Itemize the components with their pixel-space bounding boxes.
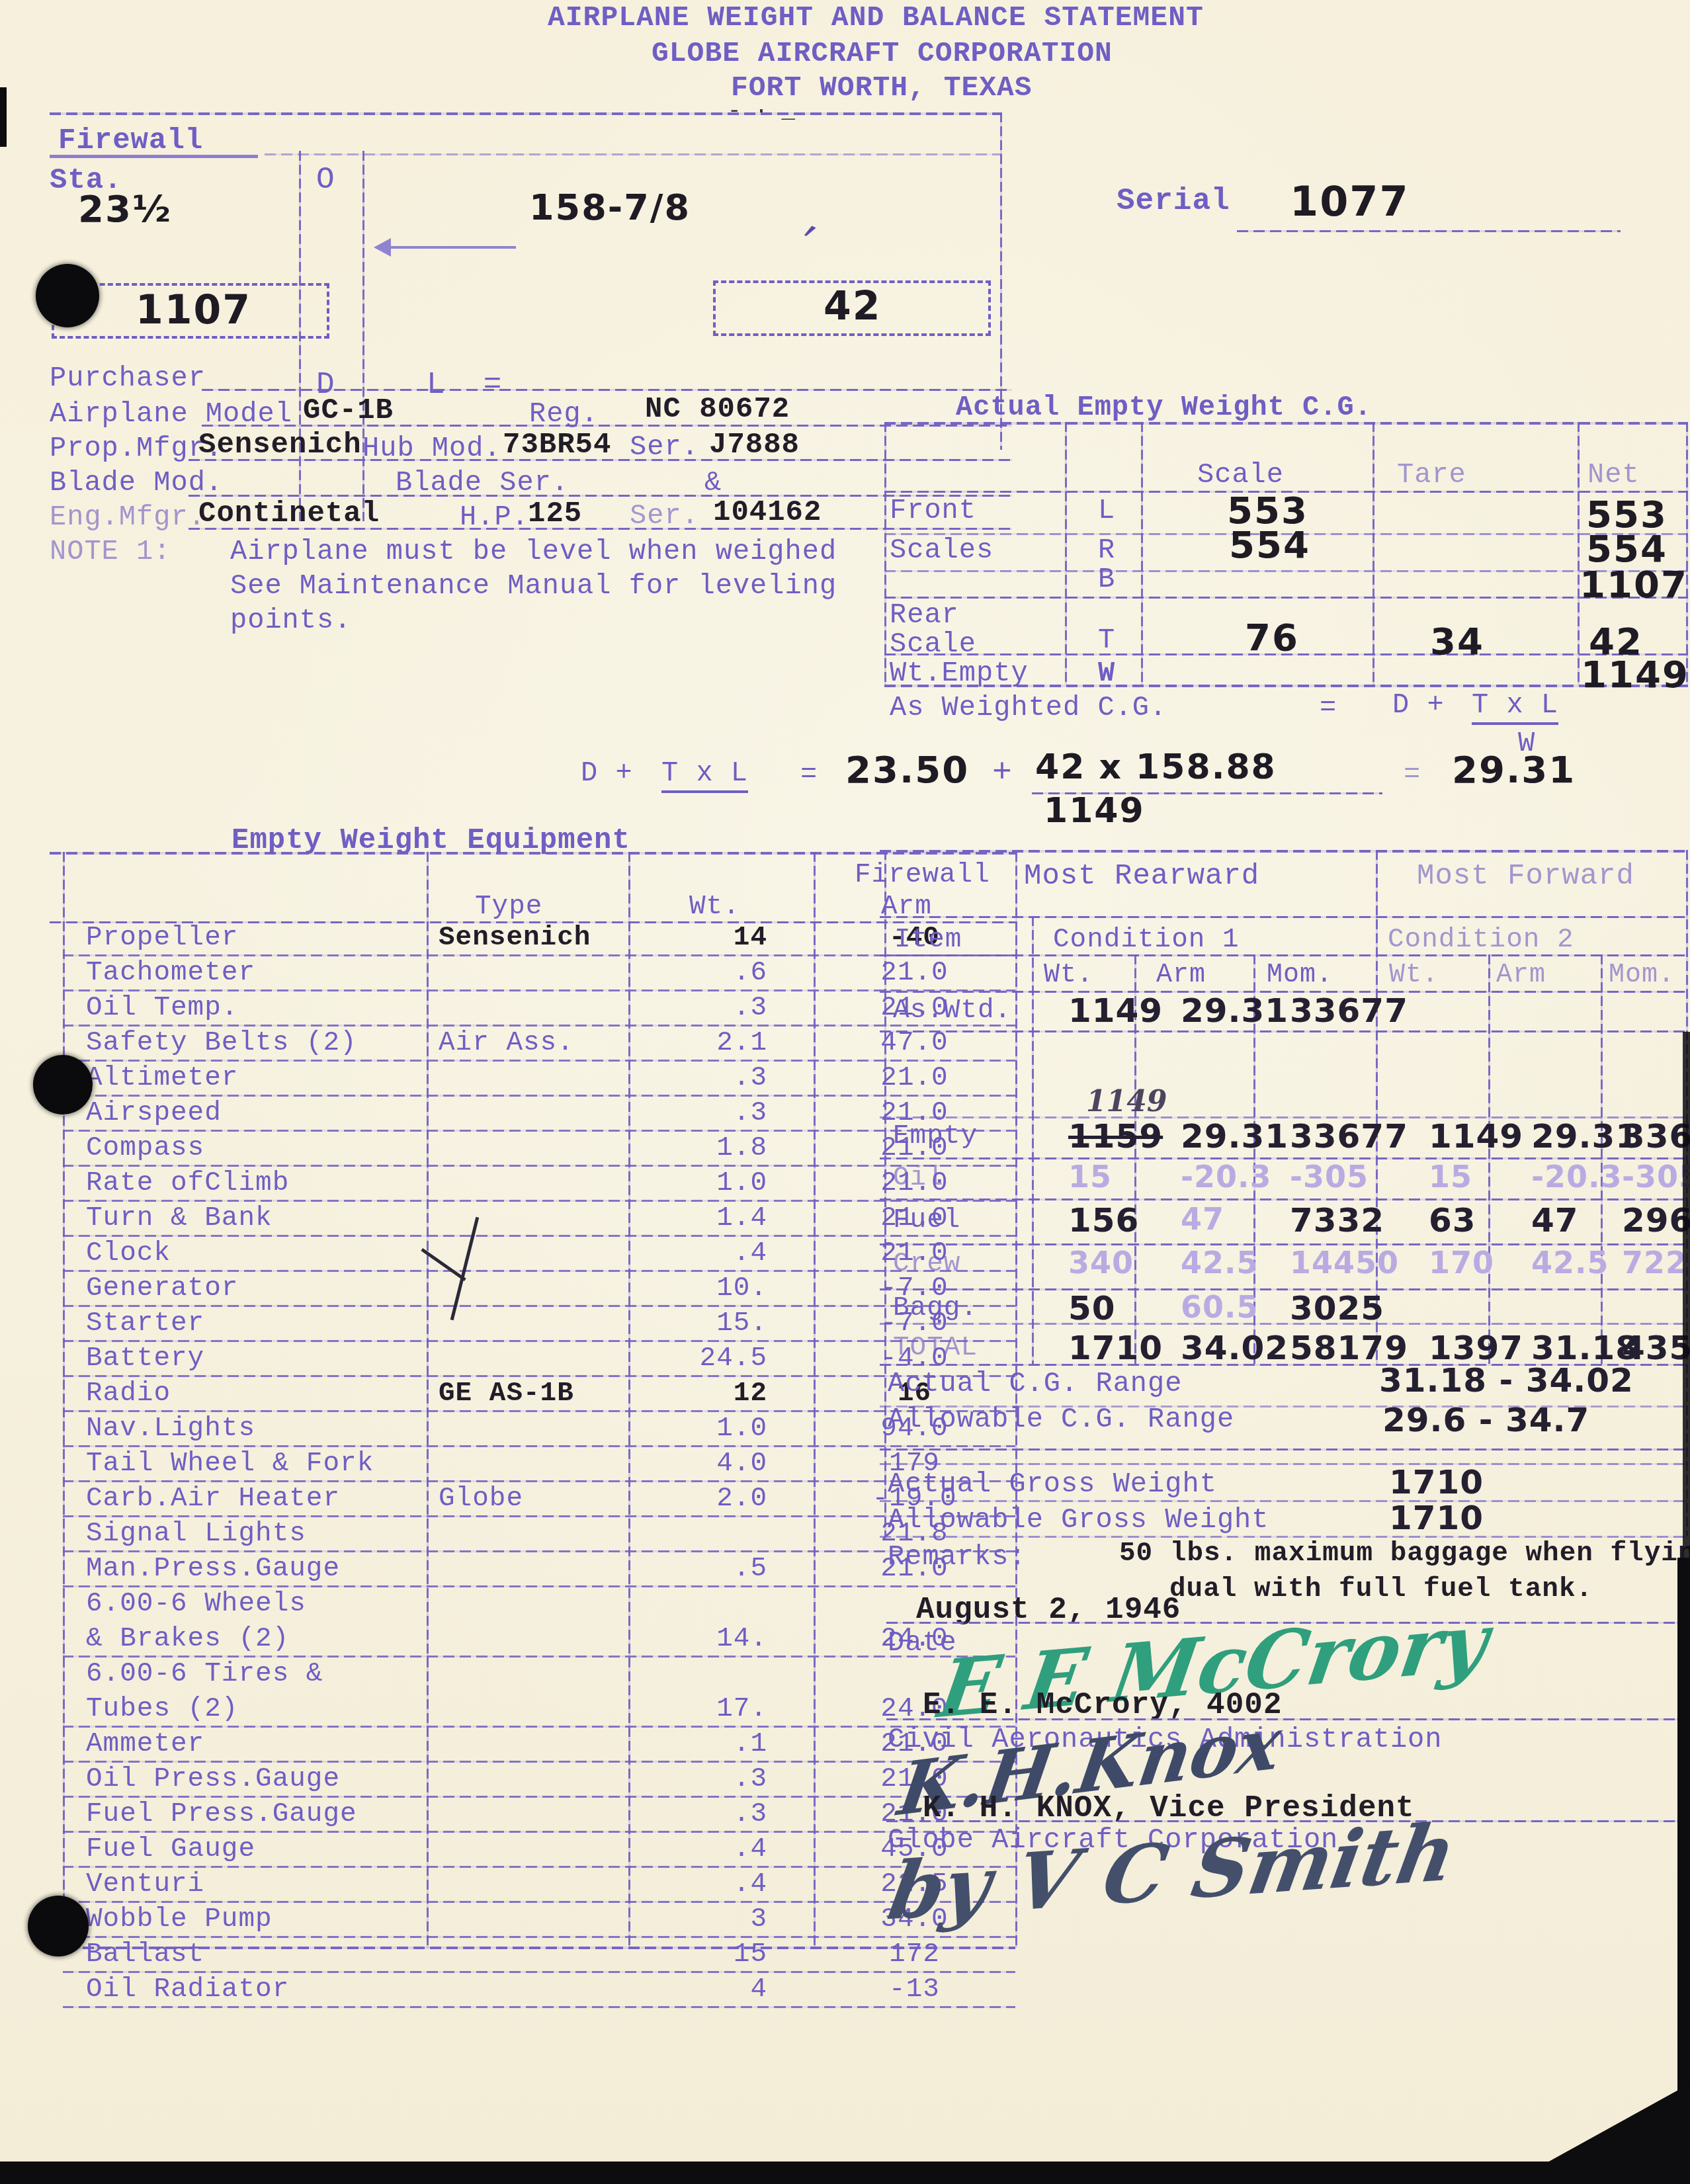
loading-cell: 47: [1531, 1201, 1579, 1239]
loading-cell: -305: [1290, 1159, 1369, 1195]
eq-v3: [814, 852, 816, 1948]
cg-v5: [1686, 422, 1688, 685]
cg-front: Front: [890, 495, 976, 526]
actual-cg-label: Actual C.G. Range: [888, 1368, 1182, 1400]
equipment-name: Turn & Bank: [63, 1203, 427, 1234]
rearward-title: Most Rearward: [1024, 860, 1259, 893]
eq-col-firewall: Firewall: [855, 860, 990, 890]
loading-cell: 7225: [1622, 1245, 1690, 1281]
equipment-row: Tachometer.621.0: [63, 956, 1015, 991]
serial-rule: [1237, 230, 1621, 232]
equipment-arm: -13: [814, 1974, 1015, 2005]
hub-mod-value: 73BR54: [503, 429, 611, 462]
equipment-wt: .4: [628, 1869, 814, 1900]
info-rule-3: [189, 459, 1012, 461]
firewall-underline: [50, 155, 258, 158]
equipment-row: 6.00-6 Tires &: [63, 1658, 1015, 1693]
r-mom-header: Mom.: [1267, 960, 1333, 990]
ld-v4: [1376, 850, 1378, 1364]
ld-rule-top: [880, 850, 1688, 853]
equipment-row: Starter15.-7.0: [63, 1307, 1015, 1342]
equipment-wt: .4: [628, 1238, 814, 1269]
loading-cell: 3025: [1290, 1289, 1384, 1327]
ld-rule-4: [880, 1030, 1688, 1032]
eng-ser-value: 104162: [713, 496, 822, 529]
equipment-name: Tachometer: [63, 958, 427, 988]
equipment-arm: 21.0: [814, 958, 1015, 988]
equipment-row: Clock.421.0: [63, 1237, 1015, 1272]
ld-rule-1: [880, 916, 1688, 918]
as-weighed-label: As Weighted C.G.: [890, 692, 1167, 724]
equipment-wt: 2.0: [628, 1484, 814, 1514]
cg-r-scale: 554: [1229, 524, 1310, 567]
note-label: NOTE 1:: [50, 536, 171, 567]
serial-value: 1077: [1290, 177, 1410, 226]
cg-letter-t: T: [1098, 624, 1115, 656]
equipment-row: Oil Temp..321.0: [63, 991, 1015, 1027]
equipment-name: Venturi: [63, 1869, 427, 1900]
eq-col-wt: Wt.: [689, 892, 740, 922]
equipment-name: Oil Temp.: [63, 993, 427, 1023]
equipment-wt: 14.: [628, 1624, 814, 1654]
equipment-name: Rate ofClimb: [63, 1168, 427, 1198]
info-rule-5: [189, 528, 1012, 530]
cg-letter-l: L: [1098, 495, 1115, 526]
loading-cell: 47: [1181, 1201, 1224, 1237]
model-value: GC-1B: [303, 394, 394, 427]
equipment-name: 6.00-6 Wheels: [63, 1589, 427, 1619]
equipment-wt: 17.: [628, 1694, 814, 1724]
equipment-wt: .3: [628, 1063, 814, 1093]
r-arm-header: Arm: [1156, 960, 1206, 990]
sta-value: 23½: [78, 188, 172, 231]
cond2-header: Condition 2: [1388, 925, 1574, 955]
equipment-wt: 4: [628, 1974, 814, 2005]
equipment-name: Safety Belts (2): [63, 1028, 427, 1058]
loading-cell: 1159: [1068, 1117, 1163, 1155]
equipment-wt: 12: [628, 1378, 814, 1409]
cg-rule-rb: [884, 570, 1688, 572]
equipment-row: Oil Radiator4-13: [63, 1973, 1015, 2008]
equipment-name: Fuel Press.Gauge: [63, 1799, 427, 1829]
ld-rule-2: [880, 954, 1688, 956]
equipment-type: Globe: [427, 1484, 628, 1514]
info-rule-4: [189, 495, 1012, 497]
diagram-top-rule: [50, 112, 1002, 115]
smudge-mark: - · _: [728, 99, 795, 124]
loading-cell: 50: [1068, 1289, 1116, 1327]
purchaser-label: Purchaser: [50, 362, 206, 394]
equipment-row: Tail Wheel & Fork4.0179: [63, 1447, 1015, 1482]
equipment-wt: .3: [628, 1764, 814, 1794]
cg-v3: [1373, 422, 1374, 685]
equipment-name: 6.00-6 Tires &: [63, 1659, 427, 1689]
item-header: Item: [894, 925, 962, 955]
forward-title: Most Forward: [1417, 860, 1634, 893]
cg-col-tare: Tare: [1397, 459, 1466, 491]
cg-rear: Rear: [890, 599, 959, 631]
firewall-label: Firewall: [58, 124, 203, 157]
note-line3: points.: [230, 605, 351, 636]
remarks-line2: dual with full fuel tank.: [1169, 1574, 1593, 1605]
allowable-cg-label: Allowable C.G. Range: [888, 1404, 1234, 1435]
calc-eq2: =: [1404, 759, 1421, 790]
equipment-row: Ammeter.121.0: [63, 1728, 1015, 1763]
equipment-row: Man.Press.Gauge.521.0: [63, 1552, 1015, 1587]
equipment-wt: .5: [628, 1554, 814, 1584]
equipment-wt: 3: [628, 1904, 814, 1935]
o-label: O: [316, 163, 335, 197]
loading-cell: 15: [1068, 1159, 1112, 1195]
equipment-row: Compass1.821.0: [63, 1132, 1015, 1167]
equipment-type: GE AS-1B: [427, 1378, 628, 1409]
cg-w-net: 1149: [1581, 653, 1689, 696]
equipment-arm: 21.0: [814, 1063, 1015, 1093]
equipment-name: Generator: [63, 1273, 427, 1304]
arrow-shaft: [380, 246, 516, 249]
equipment-name: Signal Lights: [63, 1519, 427, 1549]
loading-item-label: TOTAL: [893, 1333, 978, 1363]
loading-cell: 60.5: [1181, 1289, 1259, 1325]
equipment-name: Nav.Lights: [63, 1413, 427, 1444]
equipment-name: Ammeter: [63, 1729, 427, 1759]
calc-result: 29.31: [1452, 749, 1576, 792]
sum-rule-2: [880, 1449, 1688, 1450]
equipment-wt: .3: [628, 1098, 814, 1128]
gw-rule-top: [880, 1463, 1688, 1465]
punch-hole-top: [36, 264, 99, 327]
cg-v4: [1578, 422, 1580, 685]
actual-gw-label: Actual Gross Weight: [888, 1468, 1217, 1500]
equipment-wt: 24.5: [628, 1343, 814, 1374]
equipment-wt: 1.4: [628, 1203, 814, 1234]
scan-edge-mark: [0, 87, 7, 147]
dim-value: 158-7/8: [529, 187, 691, 228]
equipment-rows: PropellerSensenich14-40Tachometer.621.0O…: [63, 921, 1015, 2008]
info-rule-2: [202, 425, 1012, 427]
punch-hole-bottom: [28, 1896, 89, 1956]
equipment-wt: 10.: [628, 1273, 814, 1304]
equipment-name: Airspeed: [63, 1098, 427, 1128]
calc-lhs-txl: T x L: [661, 757, 748, 793]
equipment-name: Compass: [63, 1133, 427, 1163]
scan-edge-bottom: [0, 2162, 1690, 2184]
cg-scales: Scales: [890, 534, 993, 566]
f-arm-header: Arm: [1496, 960, 1546, 990]
equipment-row: Altimeter.321.0: [63, 1062, 1015, 1097]
cg-b-net: 1107: [1580, 564, 1688, 607]
ld-rule-7: [880, 1198, 1688, 1200]
equipment-row: Carb.Air HeaterGlobe2.0-19.0: [63, 1482, 1015, 1517]
loading-cell: 42.5: [1531, 1245, 1609, 1281]
prop-ser-label: Ser.: [630, 431, 699, 463]
equipment-wt: 2.1: [628, 1028, 814, 1058]
equipment-row: PropellerSensenich14-40: [63, 921, 1015, 956]
cg-t-scale: 76: [1245, 616, 1299, 659]
calc-term2: 42 x 158.88: [1035, 747, 1277, 787]
loading-cell: 170: [1429, 1245, 1494, 1281]
scan-edge-right-thin: [1683, 1032, 1690, 1561]
equipment-wt: .3: [628, 993, 814, 1023]
cg-rear-scale: Scale: [890, 628, 976, 660]
eng-mfgr-label: Eng.Mfgr.: [50, 501, 206, 533]
eq-v1: [427, 852, 429, 1948]
info-rule-1: [202, 389, 1012, 391]
equipment-wt: 1.0: [628, 1168, 814, 1198]
equipment-name: Tail Wheel & Fork: [63, 1449, 427, 1479]
loading-item-label: Crew: [893, 1249, 960, 1279]
cg-letter-b: B: [1098, 564, 1115, 595]
loading-cell: 1149: [1429, 1117, 1523, 1155]
loading-cell: 42.5: [1181, 1245, 1259, 1281]
cond1-header: Condition 1: [1053, 925, 1240, 955]
loading-cell: 33677: [1622, 1117, 1690, 1155]
serial-label: Serial: [1117, 184, 1230, 218]
equipment-arm: 172: [814, 1939, 1015, 1970]
station-box-right-value: 42: [824, 283, 882, 329]
calc-denom: 1149: [1044, 791, 1145, 831]
scanned-weight-balance-form: AIRPLANE WEIGHT AND BALANCE STATEMENT GL…: [0, 0, 1690, 2184]
loading-cell: 33677: [1290, 991, 1408, 1030]
punch-hole-middle: [33, 1055, 93, 1114]
equipment-wt: .4: [628, 1834, 814, 1865]
blade-ser-label: Blade Ser.: [396, 467, 569, 499]
company-name: GLOBE AIRCRAFT CORPORATION: [652, 37, 1113, 69]
equipment-wt: 14: [628, 923, 814, 953]
equipment-row: Venturi.422.5: [63, 1868, 1015, 1903]
loading-cell: 2961: [1622, 1201, 1690, 1239]
prop-mfgr-value: Sensenich: [198, 429, 362, 462]
f-mom-header: Mom.: [1609, 960, 1675, 990]
equipment-wt: 1.0: [628, 1413, 814, 1444]
equipment-row: Fuel Gauge.445.0: [63, 1833, 1015, 1868]
dim-tick: ,: [798, 201, 835, 247]
loading-cell: 7332: [1290, 1201, 1384, 1239]
equipment-row: Rate ofClimb1.021.0: [63, 1167, 1015, 1202]
loading-cell: -20.3: [1181, 1159, 1272, 1195]
f-wt-header: Wt.: [1389, 960, 1439, 990]
equipment-name: Wobble Pump: [63, 1904, 427, 1935]
ld-rule-10: [880, 1323, 1688, 1325]
equipment-name: Oil Radiator: [63, 1974, 427, 2005]
note-line2: See Maintenance Manual for leveling: [230, 570, 837, 602]
equipment-row: Safety Belts (2)Air Ass.2.147.0: [63, 1027, 1015, 1062]
blade-amp: &: [704, 467, 722, 499]
equipment-name: Man.Press.Gauge: [63, 1554, 427, 1584]
equipment-name: Oil Press.Gauge: [63, 1764, 427, 1794]
arrow-head-left-icon: [374, 238, 391, 257]
equipment-name: Clock: [63, 1238, 427, 1269]
equipment-name: Starter: [63, 1308, 427, 1339]
equipment-row: Tubes (2)17.24.0: [63, 1693, 1015, 1728]
equipment-wt: 15.: [628, 1308, 814, 1339]
calc-lhs-d: D +: [581, 757, 633, 789]
equipment-row: Airspeed.321.0: [63, 1097, 1015, 1132]
as-weighed-d: D +: [1392, 689, 1445, 721]
loading-cell: 156: [1068, 1201, 1139, 1239]
equipment-row: & Brakes (2)14.24.0: [63, 1622, 1015, 1658]
cg-rule-b: [884, 597, 1688, 599]
equipment-row: Signal Lights21.8: [63, 1517, 1015, 1552]
eng-mfgr-value: Continetal: [198, 497, 380, 530]
cg-v0: [884, 422, 886, 685]
equipment-name: Battery: [63, 1343, 427, 1374]
cg-t-tare: 34: [1430, 620, 1484, 663]
loading-item-label: Empty: [893, 1121, 978, 1152]
cg-col-net: Net: [1587, 459, 1640, 491]
cg-col-scale: Scale: [1197, 459, 1284, 491]
loading-item-label: Oil: [893, 1163, 944, 1193]
equipment-row: Generator10.-7.0: [63, 1272, 1015, 1307]
cg-table-title: Actual Empty Weight C.G.: [956, 392, 1372, 423]
loading-cell: 1149: [1068, 991, 1163, 1030]
actual-gw-value: 1710: [1389, 1463, 1484, 1501]
equipment-row: Wobble Pump334.0: [63, 1903, 1015, 1938]
equipment-wt: 4.0: [628, 1449, 814, 1479]
empty-weight-correction: 1149: [1086, 1085, 1167, 1118]
gw-rule-bottom: [880, 1536, 1688, 1538]
equipment-name: Tubes (2): [63, 1694, 427, 1724]
equipment-type: Sensenich: [427, 923, 628, 953]
remarks-label: Remarks:: [888, 1541, 1027, 1573]
loading-cell: 1710: [1068, 1329, 1163, 1367]
equipment-row: Oil Press.Gauge.321.0: [63, 1763, 1015, 1798]
equipment-row: RadioGE AS-1B1216: [63, 1377, 1015, 1412]
as-weighed-txl: T x L: [1472, 689, 1558, 725]
equipment-row: Nav.Lights1.094.0: [63, 1412, 1015, 1447]
allowable-gw-value: 1710: [1389, 1499, 1484, 1537]
hp-value: 125: [528, 497, 582, 530]
equipment-wt: .3: [628, 1799, 814, 1829]
cg-letter-w: W: [1098, 657, 1115, 689]
form-title: AIRPLANE WEIGHT AND BALANCE STATEMENT: [548, 1, 1204, 34]
sig-rule-1: [886, 1718, 1683, 1720]
ld-rule-9: [880, 1288, 1688, 1290]
r-wt-header: Wt.: [1044, 960, 1093, 990]
equipment-wt: 15: [628, 1939, 814, 1970]
eq-col-type: Type: [475, 892, 542, 922]
eq-rule-bottom: [50, 1947, 1015, 1949]
loading-cell: 34.02: [1181, 1329, 1289, 1367]
cg-v2: [1141, 422, 1143, 685]
loading-cell: 29.31: [1181, 991, 1289, 1030]
equipment-name: & Brakes (2): [63, 1624, 427, 1654]
cg-v1: [1065, 422, 1067, 685]
equipment-name: Fuel Gauge: [63, 1834, 427, 1865]
ld-v5: [1488, 954, 1490, 1364]
equipment-name: Ballast: [63, 1939, 427, 1970]
loading-cell: -305: [1622, 1159, 1690, 1195]
equipment-wt: .6: [628, 958, 814, 988]
remarks-line1: 50 lbs. maximum baggage when flying: [1119, 1538, 1690, 1569]
note-line1: Airplane must be level when weighed: [230, 536, 837, 567]
blade-mod-label: Blade Mod.: [50, 467, 223, 499]
equipment-row: 6.00-6 Wheels: [63, 1587, 1015, 1622]
equipment-row: Battery24.5-4.0: [63, 1342, 1015, 1377]
equipment-name: Radio: [63, 1378, 427, 1409]
eq-v2: [628, 852, 630, 1948]
loading-cell: 29.31: [1181, 1117, 1289, 1155]
loading-cell: 63: [1429, 1201, 1476, 1239]
eq-rule-top: [50, 852, 1015, 855]
calc-eq1: =: [800, 759, 818, 790]
cg-rule-top: [884, 422, 1688, 425]
equipment-name: Propeller: [63, 923, 427, 953]
calc-term1: 23.50: [845, 749, 969, 792]
loading-item-label: Bagg.: [893, 1293, 978, 1323]
loading-cell: 33677: [1290, 1117, 1408, 1155]
equipment-name: Altimeter: [63, 1063, 427, 1093]
equipment-wt: 1.8: [628, 1133, 814, 1163]
allowable-cg-value: 29.6 - 34.7: [1382, 1401, 1589, 1439]
actual-cg-value: 31.18 - 34.02: [1379, 1361, 1634, 1400]
gw-rule-mid: [880, 1500, 1688, 1502]
loading-cell: 14450: [1290, 1245, 1399, 1281]
diagram-rule-2: [265, 153, 1002, 155]
prop-ser-value: J7888: [709, 429, 800, 462]
l-eq-label: L =: [427, 368, 502, 402]
station-box-left-value: 1107: [136, 287, 251, 333]
allowable-gw-label: Allowable Gross Weight: [888, 1504, 1269, 1536]
loading-cell: -20.3: [1531, 1159, 1623, 1195]
ld-v1: [1032, 916, 1034, 1364]
loading-cell: 15: [1429, 1159, 1472, 1195]
as-weighed-eq: =: [1320, 692, 1337, 724]
calc-plus: +: [992, 754, 1013, 792]
loading-item-label: As.Wtd.: [893, 995, 1011, 1026]
ld-v0: [884, 850, 886, 1536]
loading-cell: 340: [1068, 1245, 1134, 1281]
equipment-name: Carb.Air Heater: [63, 1484, 427, 1514]
equipment-row: Turn & Bank1.421.0: [63, 1202, 1015, 1237]
eng-ser-label: Ser.: [630, 500, 699, 532]
reg-value: NC 80672: [645, 393, 790, 426]
eq-v0: [63, 852, 65, 1948]
cg-letter-r: R: [1098, 534, 1115, 566]
loading-item-label: Fuel: [893, 1205, 960, 1236]
equipment-row: Ballast15172: [63, 1938, 1015, 1973]
dim-line-right: [362, 151, 364, 521]
equipment-type: Air Ass.: [427, 1028, 628, 1058]
cg-wt-empty: Wt.Empty: [890, 657, 1029, 689]
equipment-wt: .1: [628, 1729, 814, 1759]
equipment-row: Fuel Press.Gauge.321.0: [63, 1798, 1015, 1833]
